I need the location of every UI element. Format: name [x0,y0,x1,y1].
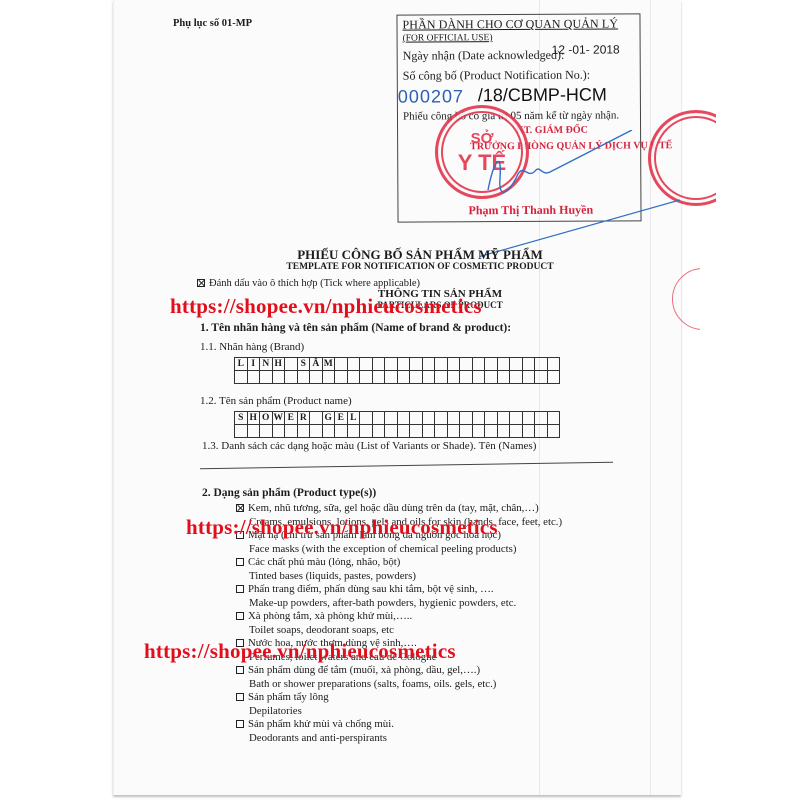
char-cell[interactable] [460,358,473,371]
char-cell[interactable]: R [297,412,310,425]
char-cell[interactable] [260,371,273,384]
char-cell[interactable] [385,371,398,384]
char-cell[interactable] [360,412,373,425]
product-type-label-en: Face masks (with the exception of chemic… [236,543,562,557]
char-cell[interactable] [397,425,410,438]
product-type-label-en: Make-up powders, after-bath powders, hyg… [236,597,562,611]
char-cell[interactable] [272,371,285,384]
product-type-label-vn: Kem, nhũ tương, sữa, gel hoặc dầu dùng t… [248,502,539,514]
stamp-text-top: SỞ [438,130,526,147]
watermark-link: https://shopee.vn/nphieucosmetics [186,515,498,540]
char-cell[interactable] [385,425,398,438]
char-cell[interactable] [422,371,435,384]
char-cell[interactable] [385,412,398,425]
char-cell[interactable]: O [260,412,273,425]
char-cell[interactable] [410,358,423,371]
char-cell[interactable] [472,358,485,371]
notification-serial: 000207 [398,86,464,107]
char-cell[interactable] [285,358,298,371]
char-cell[interactable] [310,412,323,425]
char-cell[interactable] [510,371,523,384]
official-use-subtitle: (FOR OFFICIAL USE) [403,33,493,43]
checkbox-icon[interactable] [236,558,244,566]
char-cell[interactable] [472,412,485,425]
annex-label: Phụ lục số 01-MP [173,18,252,29]
product-type-label-vn: Xà phòng tắm, xà phòng khử mùi,….. [248,610,412,622]
product-type-label-vn: Sản phẩm khử mùi và chống mùi. [248,718,394,730]
watermark-link: https://shopee.vn/nphieucosmetics [144,639,456,664]
char-cell[interactable] [335,358,348,371]
char-cell[interactable] [510,412,523,425]
official-stamp-icon: SỞ Y TẾ [435,105,529,199]
char-cell[interactable] [497,425,510,438]
char-cell[interactable] [535,425,548,438]
char-cell[interactable]: H [247,412,260,425]
char-cell[interactable] [435,371,448,384]
checkbox-icon[interactable] [236,585,244,593]
section-1-heading: 1. Tên nhãn hàng và tên sản phẩm (Name o… [200,322,511,334]
notification-suffix: /18/CBMP-HCM [478,85,607,107]
char-cell[interactable] [235,371,248,384]
director-title: KT. GIÁM ĐỐC [516,125,588,136]
char-cell[interactable] [435,425,448,438]
char-cell[interactable] [547,425,560,438]
date-acknowledged-label: Ngày nhận (Date acknowledged): [403,48,565,64]
char-cell[interactable] [360,358,373,371]
checkbox-icon[interactable] [236,666,244,674]
char-cell[interactable] [535,371,548,384]
official-use-box: PHẦN DÀNH CHO CƠ QUAN QUẢN LÝ (FOR OFFIC… [396,13,641,222]
char-cell[interactable] [447,371,460,384]
section-2-heading: 2. Dạng sản phẩm (Product type(s)) [202,487,376,499]
char-cell[interactable] [285,371,298,384]
product-type-label-en: Bath or shower preparations (salts, foam… [236,678,562,692]
char-cell[interactable] [522,412,535,425]
stamp-text-bottom: Y TẾ [438,150,526,176]
char-cell[interactable] [510,358,523,371]
char-cell[interactable] [297,371,310,384]
char-cell[interactable] [235,425,248,438]
char-cell[interactable] [360,371,373,384]
char-cell[interactable]: S [297,358,310,371]
char-cell[interactable] [260,425,273,438]
char-cell[interactable] [460,425,473,438]
signer-name: Phạm Thị Thanh Huyền [468,203,593,219]
product-type-option[interactable]: Các chất phủ màu (lỏng, nhão, bột)Tinted… [236,556,562,583]
product-type-option[interactable]: Xà phòng tắm, xà phòng khử mùi,…..Toilet… [236,610,562,637]
product-type-label-vn: Phấn trang điểm, phấn dùng sau khi tắm, … [248,583,494,595]
char-cell[interactable] [497,358,510,371]
product-name-label: 1.2. Tên sản phẩm (Product name) [200,395,352,407]
char-cell[interactable] [547,371,560,384]
char-cell[interactable]: Â [310,358,323,371]
char-cell[interactable] [447,358,460,371]
char-cell[interactable] [322,425,335,438]
char-cell[interactable] [472,371,485,384]
char-cell[interactable] [397,358,410,371]
char-cell[interactable] [485,425,498,438]
char-cell[interactable] [285,425,298,438]
char-cell[interactable] [372,358,385,371]
fold-line [650,0,651,795]
char-cell[interactable] [522,371,535,384]
char-cell[interactable] [447,425,460,438]
char-cell[interactable]: H [272,358,285,371]
char-cell[interactable] [372,371,385,384]
char-cell[interactable]: E [285,412,298,425]
char-cell[interactable] [447,412,460,425]
official-use-title: PHẦN DÀNH CHO CƠ QUAN QUẢN LÝ [402,16,618,32]
char-cell[interactable] [310,425,323,438]
char-cell[interactable] [535,412,548,425]
brand-label: 1.1. Nhãn hàng (Brand) [200,341,304,353]
watermark-link: https://shopee.vn/nphieucosmetics [170,294,482,319]
char-cell[interactable] [310,371,323,384]
product-type-option[interactable]: Sản phẩm khử mùi và chống mùi.Deodorants… [236,718,562,745]
product-type-option[interactable]: Phấn trang điểm, phấn dùng sau khi tắm, … [236,583,562,610]
char-cell[interactable] [272,425,285,438]
char-cell[interactable] [372,425,385,438]
form-title-en: TEMPLATE FOR NOTIFICATION OF COSMETIC PR… [0,262,800,272]
char-cell[interactable] [535,358,548,371]
char-cell[interactable] [472,425,485,438]
char-cell[interactable] [460,412,473,425]
product-type-label-en: Toilet soaps, deodorant soaps, etc [236,624,562,638]
char-cell[interactable]: E [335,412,348,425]
checked-box-icon[interactable] [236,504,244,512]
char-cell[interactable] [347,425,360,438]
char-cell[interactable] [497,371,510,384]
product-type-label-en: Depilatories [236,705,562,719]
notification-number-label: Số công bố (Product Notification No.): [403,68,590,84]
char-cell[interactable] [422,425,435,438]
char-cell[interactable]: S [235,412,248,425]
char-cell[interactable] [360,425,373,438]
product-type-label-vn: Sản phẩm tẩy lông [248,691,329,703]
char-cell[interactable] [347,371,360,384]
char-cell[interactable] [485,371,498,384]
char-cell[interactable]: L [235,358,248,371]
product-name-char-grid[interactable]: SHOWERGEL [234,411,560,438]
product-type-option[interactable]: Sản phẩm tẩy lôngDepilatories [236,691,562,718]
product-type-label-vn: Các chất phủ màu (lỏng, nhão, bột) [248,556,400,568]
product-type-label-vn: Sản phẩm dùng để tắm (muối, xà phòng, dầ… [248,664,480,676]
char-cell[interactable] [410,371,423,384]
char-cell[interactable] [335,371,348,384]
char-cell[interactable] [322,371,335,384]
char-cell[interactable] [522,358,535,371]
char-cell[interactable] [410,425,423,438]
char-cell[interactable] [485,412,498,425]
product-type-label-en: Deodorants and anti-perspirants [236,732,562,746]
brand-char-grid[interactable]: LINHSÂM [234,357,560,384]
char-cell[interactable] [247,425,260,438]
char-cell[interactable] [410,412,423,425]
char-cell[interactable] [522,425,535,438]
char-cell[interactable] [372,412,385,425]
char-cell[interactable]: L [347,412,360,425]
char-cell[interactable]: G [322,412,335,425]
char-cell[interactable] [422,358,435,371]
char-cell[interactable] [422,412,435,425]
partial-stamp-icon [648,110,744,206]
checkbox-icon[interactable] [236,720,244,728]
form-title-vn: PHIẾU CÔNG BỐ SẢN PHẨM MỸ PHẨM [0,247,800,263]
product-type-option[interactable]: Sản phẩm dùng để tắm (muối, xà phòng, dầ… [236,664,562,691]
char-cell[interactable] [547,412,560,425]
checkbox-icon[interactable] [236,693,244,701]
product-type-label-en: Tinted bases (liquids, pastes, powders) [236,570,562,584]
char-cell[interactable] [485,358,498,371]
char-cell[interactable] [497,412,510,425]
char-cell[interactable] [435,358,448,371]
char-cell[interactable]: W [272,412,285,425]
checked-box-icon [197,279,205,287]
char-cell[interactable] [435,412,448,425]
char-cell[interactable] [297,425,310,438]
char-cell[interactable] [335,425,348,438]
char-cell[interactable] [547,358,560,371]
char-cell[interactable]: N [260,358,273,371]
char-cell[interactable] [397,412,410,425]
variants-label: 1.3. Danh sách các dạng hoặc màu (List o… [202,440,536,452]
char-cell[interactable] [385,358,398,371]
char-cell[interactable] [510,425,523,438]
char-cell[interactable] [247,371,260,384]
date-acknowledged-value: 12 -01- 2018 [552,42,620,56]
char-cell[interactable] [397,371,410,384]
char-cell[interactable] [460,371,473,384]
char-cell[interactable]: I [247,358,260,371]
char-cell[interactable]: M [322,358,335,371]
checkbox-icon[interactable] [236,612,244,620]
char-cell[interactable] [347,358,360,371]
